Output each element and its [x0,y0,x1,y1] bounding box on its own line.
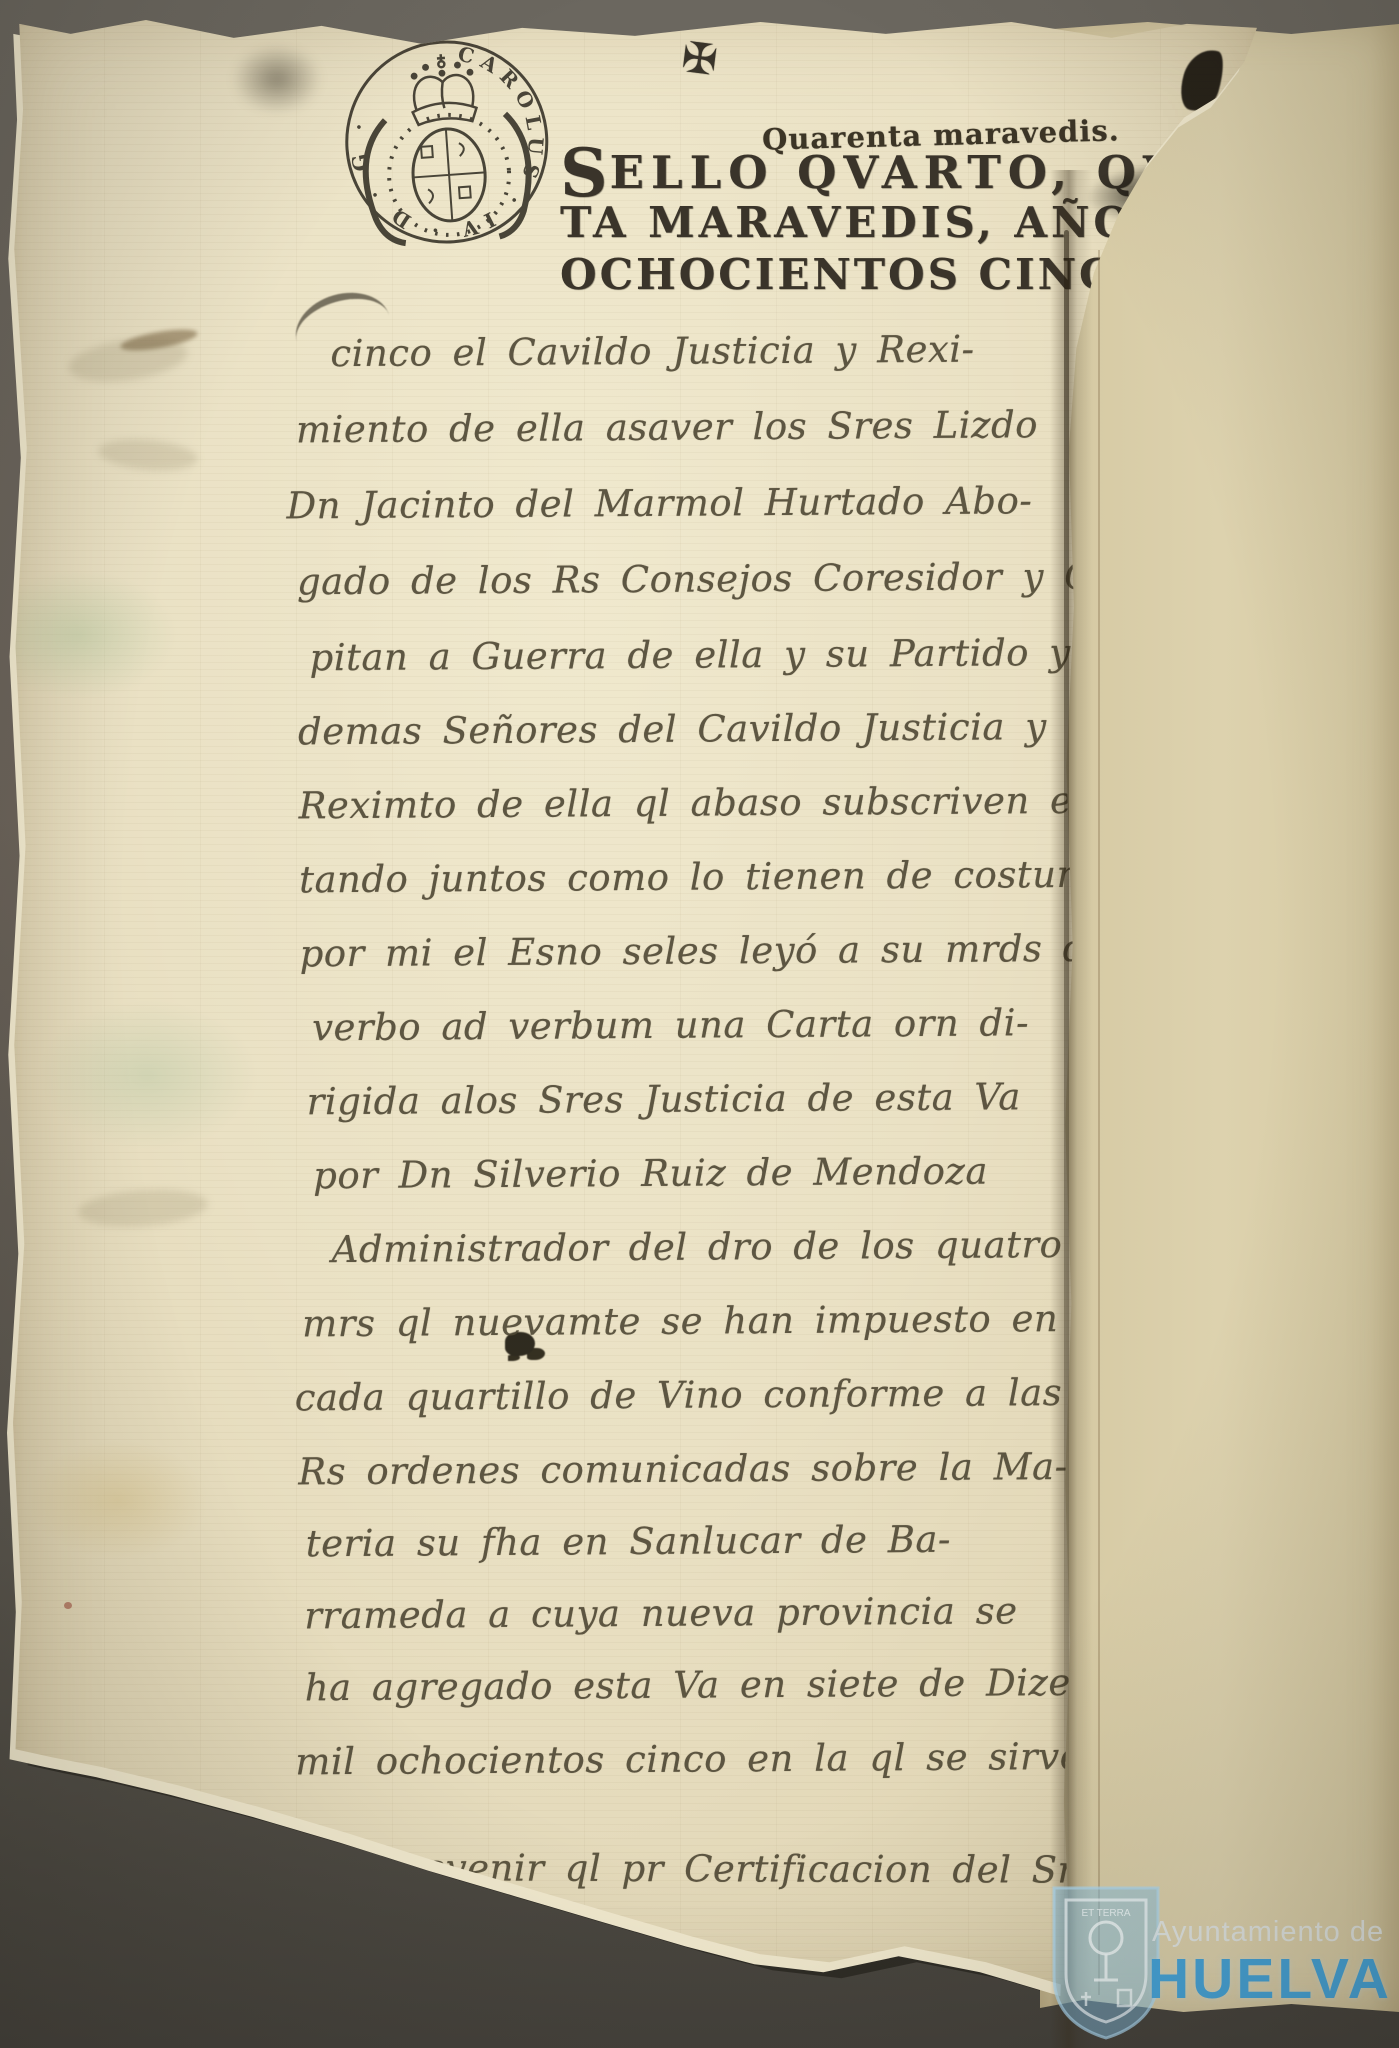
manuscript-line: rrameda a cuya nueva provincia se [304,1589,1018,1637]
manuscript-line: rigida alos Sres Justicia de esta Va [307,1075,1021,1123]
manuscript-line: ha agregado esta Va en siete de Dize [305,1661,1071,1709]
manuscript-line: Dn Jacinto del Marmol Hurtado Abo- [286,479,1032,527]
manuscript-line: gado de los Rs Consejos Coresidor y Ca- [297,555,1129,604]
underlying-page [1040,18,1399,2020]
manuscript-line: miento de ella asaver los Sres Lizdo [296,403,1038,451]
manuscript-line: mil ochocientos cinco en la ql se sirve [295,1735,1082,1783]
document-scan: CAROLUS · IV · D · G · [0,0,1399,2048]
second-page-crease [1098,250,1100,1995]
manuscript-line: Administrador del dro de los quatro [332,1223,1063,1271]
watermark-org-text: Ayuntamiento de [1152,1916,1384,1949]
manuscript-line: verbo ad verbum una Carta orn di- [312,1001,1029,1049]
manuscript-line: tando juntos como lo tienen de costumbre [299,852,1157,901]
manuscript-line: cada quartillo de Vino conforme a las [295,1371,1063,1419]
manuscript-line: cinco el Cavildo Justicia y Rexi- [330,328,974,375]
manuscript-line: demas Señores del Cavildo Justicia y [298,705,1047,753]
manuscript-line: por mi el Esno seles leyó a su mrds de [299,927,1109,976]
pen-trial-swirl [194,1898,324,1968]
manuscript-line: Reximto de ella ql abaso subscriven es- [298,779,1105,828]
manuscript-line: teria su fha en Sanlucar de Ba- [306,1518,952,1566]
manuscript-line: pitan a Guerra de ella y su Partido y [309,631,1070,679]
page-fold-crease [1064,230,1069,1930]
page-gutter-shadow [1050,170,1092,2048]
manuscript-line: Rs ordenes comunicadas sobre la Ma- [298,1445,1068,1493]
watermark-city-text: HUELVA [1148,1946,1392,2012]
watermark-motto: ET TERRA [1081,1908,1130,1919]
manuscript-line: mrs ql nuevamte se han impuesto en [302,1297,1058,1345]
manuscript-line: por Dn Silverio Ruiz de Mendoza [313,1150,988,1198]
